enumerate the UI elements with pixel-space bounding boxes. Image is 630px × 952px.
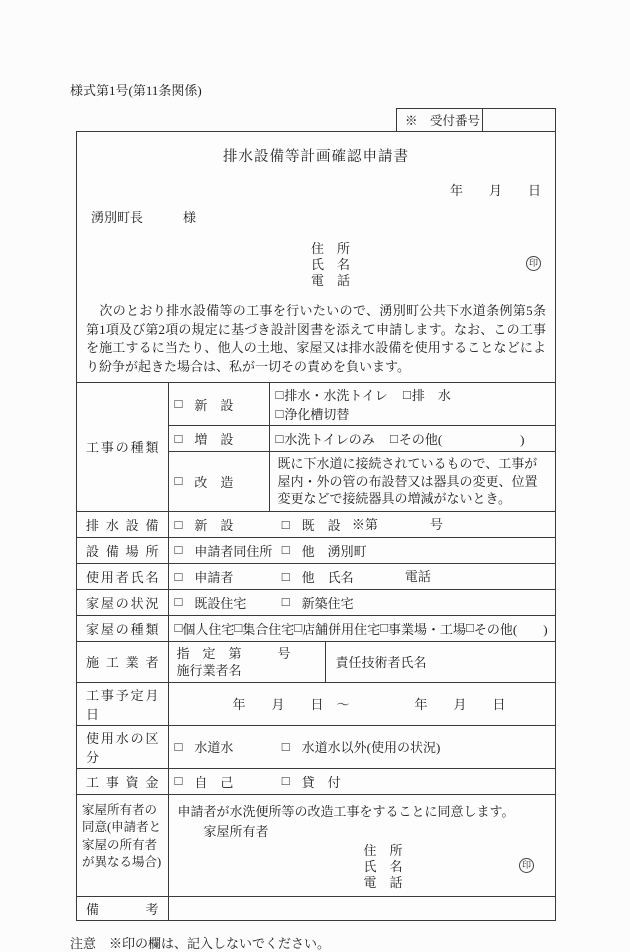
work-type-new-cell: □新 設 xyxy=(168,383,269,426)
water-type-options: □水道水 □水道水以外(使用の状況) xyxy=(168,725,555,768)
user-phone-label: 電話 xyxy=(405,569,431,584)
checkbox-opt-drain[interactable]: □ xyxy=(403,387,411,403)
type-apartment-label: 集合住宅 xyxy=(242,619,294,638)
row-label-water-type: 使用水の区分 xyxy=(77,725,168,768)
row-label-contractor: 施工業者 xyxy=(77,641,168,682)
declaration-paragraph: 次のとおり排水設備等の工事を行いたいので、湧別町公共下水道条例第5条第1項及び第… xyxy=(86,302,546,376)
row-label-user-name: 使用者氏名 xyxy=(77,563,168,589)
checkbox-house-existing[interactable]: □ xyxy=(175,594,183,610)
row-label-schedule: 工事予定月日 xyxy=(77,682,168,725)
date-line: 年 月 日 xyxy=(77,180,555,199)
reception-number-box: ※ 受付番号 xyxy=(396,108,556,131)
checkbox-funding-self[interactable]: □ xyxy=(175,773,183,789)
house-status-options: □既設住宅 □新築住宅 xyxy=(168,589,555,615)
user-name-options: □申請者 □他 氏名 電話 xyxy=(168,563,555,589)
owner-contact-block: 住 所 氏 名 印 電 話 xyxy=(364,842,547,890)
opt-toilet-only-label: 水洗トイレのみ xyxy=(284,429,374,448)
contractor-designation-block: 指 定 第 号 施行業者名 xyxy=(169,642,326,682)
work-new-label: 新 設 xyxy=(194,395,233,414)
application-form: 排水設備等計画確認申請書 年 月 日 湧別町長 様 住 所 氏 名 印 電 話 … xyxy=(76,131,556,921)
checkbox-user-other[interactable]: □ xyxy=(282,569,290,585)
applicant-contact-block: 住 所 氏 名 印 電 話 xyxy=(311,239,555,287)
checkbox-work-new[interactable]: □ xyxy=(175,396,183,412)
checkbox-type-apartment[interactable]: □ xyxy=(234,620,242,636)
contractor-designation-label: 指 定 第 xyxy=(177,645,242,662)
checkbox-funding-loan[interactable]: □ xyxy=(282,773,290,789)
row-label-owner-consent: 家屋所有者の同意(申請者と家屋の所有者が異なる場合) xyxy=(77,794,168,896)
checkbox-house-newly-built[interactable]: □ xyxy=(282,594,290,610)
user-applicant-label: 申請者 xyxy=(194,567,233,586)
work-add-options: □水洗トイレのみ □その他( ) xyxy=(269,426,555,452)
remarks-value[interactable] xyxy=(168,896,555,920)
contractor-company-label: 施行業者名 xyxy=(177,662,317,679)
type-business-factory-label: 事業場・工場 xyxy=(388,619,466,638)
checkbox-opt-toilet-only[interactable]: □ xyxy=(276,431,284,447)
funding-loan-label: 貸 付 xyxy=(302,772,341,791)
drainage-new-label: 新 設 xyxy=(194,515,233,534)
funding-options: □自 己 □貸 付 xyxy=(168,768,555,794)
checkbox-work-add[interactable]: □ xyxy=(175,431,183,447)
checkbox-location-other[interactable]: □ xyxy=(282,542,290,558)
water-tap-label: 水道水 xyxy=(194,737,233,756)
location-other-label: 他 湧別町 xyxy=(302,541,367,560)
row-label-location: 設備場所 xyxy=(77,537,168,563)
consent-statement: 申請者が水洗便所等の改造工事をすることに同意します。 xyxy=(178,801,547,820)
checkbox-drainage-new[interactable]: □ xyxy=(175,517,183,533)
house-existing-label: 既設住宅 xyxy=(194,593,246,612)
form-title: 排水設備等計画確認申請書 xyxy=(77,145,555,166)
opt-drain-label: 排 水 xyxy=(412,385,451,404)
contractor-engineer-label: 責任技術者氏名 xyxy=(326,642,556,682)
opt-other-work-label: その他( ) xyxy=(399,429,525,448)
checkbox-location-same-as-applicant[interactable]: □ xyxy=(175,542,183,558)
owner-consent-cell: 申請者が水洗便所等の改造工事をすることに同意します。 家屋所有者 住 所 氏 名… xyxy=(168,794,555,896)
row-label-house-status: 家屋の状況 xyxy=(77,589,168,615)
row-label-house-type: 家屋の種類 xyxy=(77,615,168,641)
seal-icon: 印 xyxy=(526,256,541,271)
addressee-name: 湧別町長 xyxy=(91,207,143,226)
contractor-cell: 指 定 第 号 施行業者名 責任技術者氏名 xyxy=(168,641,555,682)
form-sheet: 様式第1号(第11条関係) ※ 受付番号 排水設備等計画確認申請書 年 月 日 … xyxy=(70,0,556,952)
addressee-honorific: 様 xyxy=(183,207,196,226)
opt-drain-toilet-label: 排水・水洗トイレ xyxy=(284,385,387,404)
owner-phone-label: 電 話 xyxy=(364,872,403,891)
checkbox-work-remodel[interactable]: □ xyxy=(175,473,183,489)
type-shop-residence-label: 店舗併用住宅 xyxy=(302,619,380,638)
contractor-designation-suffix: 号 xyxy=(277,645,290,662)
row-label-drainage: 排水設備 xyxy=(77,511,168,537)
checkbox-water-non-tap[interactable]: □ xyxy=(282,739,290,755)
checkbox-type-private-house[interactable]: □ xyxy=(175,620,183,636)
location-same-label: 申請者同住所 xyxy=(194,541,272,560)
type-other-label: その他( ) xyxy=(474,619,548,638)
schedule-dates: 年 月 日 ～ 年 月 日 xyxy=(168,682,555,725)
funding-self-label: 自 己 xyxy=(194,772,233,791)
reception-number-value[interactable] xyxy=(483,109,555,131)
work-remodel-label: 改 造 xyxy=(194,472,233,491)
opt-septic-switch-label: 浄化槽切替 xyxy=(284,404,349,423)
reception-number-label: ※ 受付番号 xyxy=(397,109,483,131)
drainage-existing-label: 既 設 xyxy=(302,515,341,534)
applicant-phone-label: 電 話 xyxy=(311,270,350,289)
checkbox-drainage-existing[interactable]: □ xyxy=(282,517,290,533)
house-newly-built-label: 新築住宅 xyxy=(302,593,354,612)
checkbox-type-shop-residence[interactable]: □ xyxy=(294,620,302,636)
form-table: 工事の種類 □新 設 □排水・水洗トイレ □排 水 □浄化槽切替 □増 設 xyxy=(77,383,555,920)
location-options: □申請者同住所 □他 湧別町 xyxy=(168,537,555,563)
checkbox-opt-other-work[interactable]: □ xyxy=(390,431,398,447)
work-remodel-description: 既に下水道に接続されているもので、工事が屋内・外の管の布設替又は器具の変更、位置… xyxy=(269,452,555,512)
row-label-funding: 工事資金 xyxy=(77,768,168,794)
water-non-tap-label: 水道水以外(使用の状況) xyxy=(302,737,441,756)
form-table-wrap: 工事の種類 □新 設 □排水・水洗トイレ □排 水 □浄化槽切替 □増 設 xyxy=(77,382,555,920)
row-label-work-type: 工事の種類 xyxy=(77,383,168,511)
checkbox-user-applicant[interactable]: □ xyxy=(175,569,183,585)
checkbox-type-business-factory[interactable]: □ xyxy=(380,620,388,636)
work-add-label: 増 設 xyxy=(194,429,233,448)
row-label-remarks: 備 考 xyxy=(77,896,168,920)
house-type-options: □個人住宅□集合住宅□店舗併用住宅□事業場・工場□その他( ) xyxy=(168,615,555,641)
owner-seal-icon: 印 xyxy=(519,858,534,873)
work-type-add-cell: □増 設 xyxy=(168,426,269,452)
footer-note: 注意 ※印の欄は、記入しないでください。 xyxy=(70,933,556,952)
work-type-remodel-cell: □改 造 xyxy=(168,452,269,512)
form-number-note: 様式第1号(第11条関係) xyxy=(70,80,556,99)
drainage-options: □新 設 □既 設 ※第 号 xyxy=(168,511,555,537)
user-other-label: 他 氏名 xyxy=(302,567,354,586)
addressee-line: 湧別町長 様 xyxy=(91,207,555,226)
checkbox-water-tap[interactable]: □ xyxy=(175,739,183,755)
checkbox-opt-septic-switch[interactable]: □ xyxy=(276,406,284,422)
drainage-number-suffix: ※第 号 xyxy=(352,517,443,532)
owner-label: 家屋所有者 xyxy=(204,821,547,840)
work-new-options: □排水・水洗トイレ □排 水 □浄化槽切替 xyxy=(269,383,555,426)
type-private-house-label: 個人住宅 xyxy=(182,619,234,638)
checkbox-opt-drain-toilet[interactable]: □ xyxy=(276,387,284,403)
checkbox-type-other[interactable]: □ xyxy=(466,620,474,636)
